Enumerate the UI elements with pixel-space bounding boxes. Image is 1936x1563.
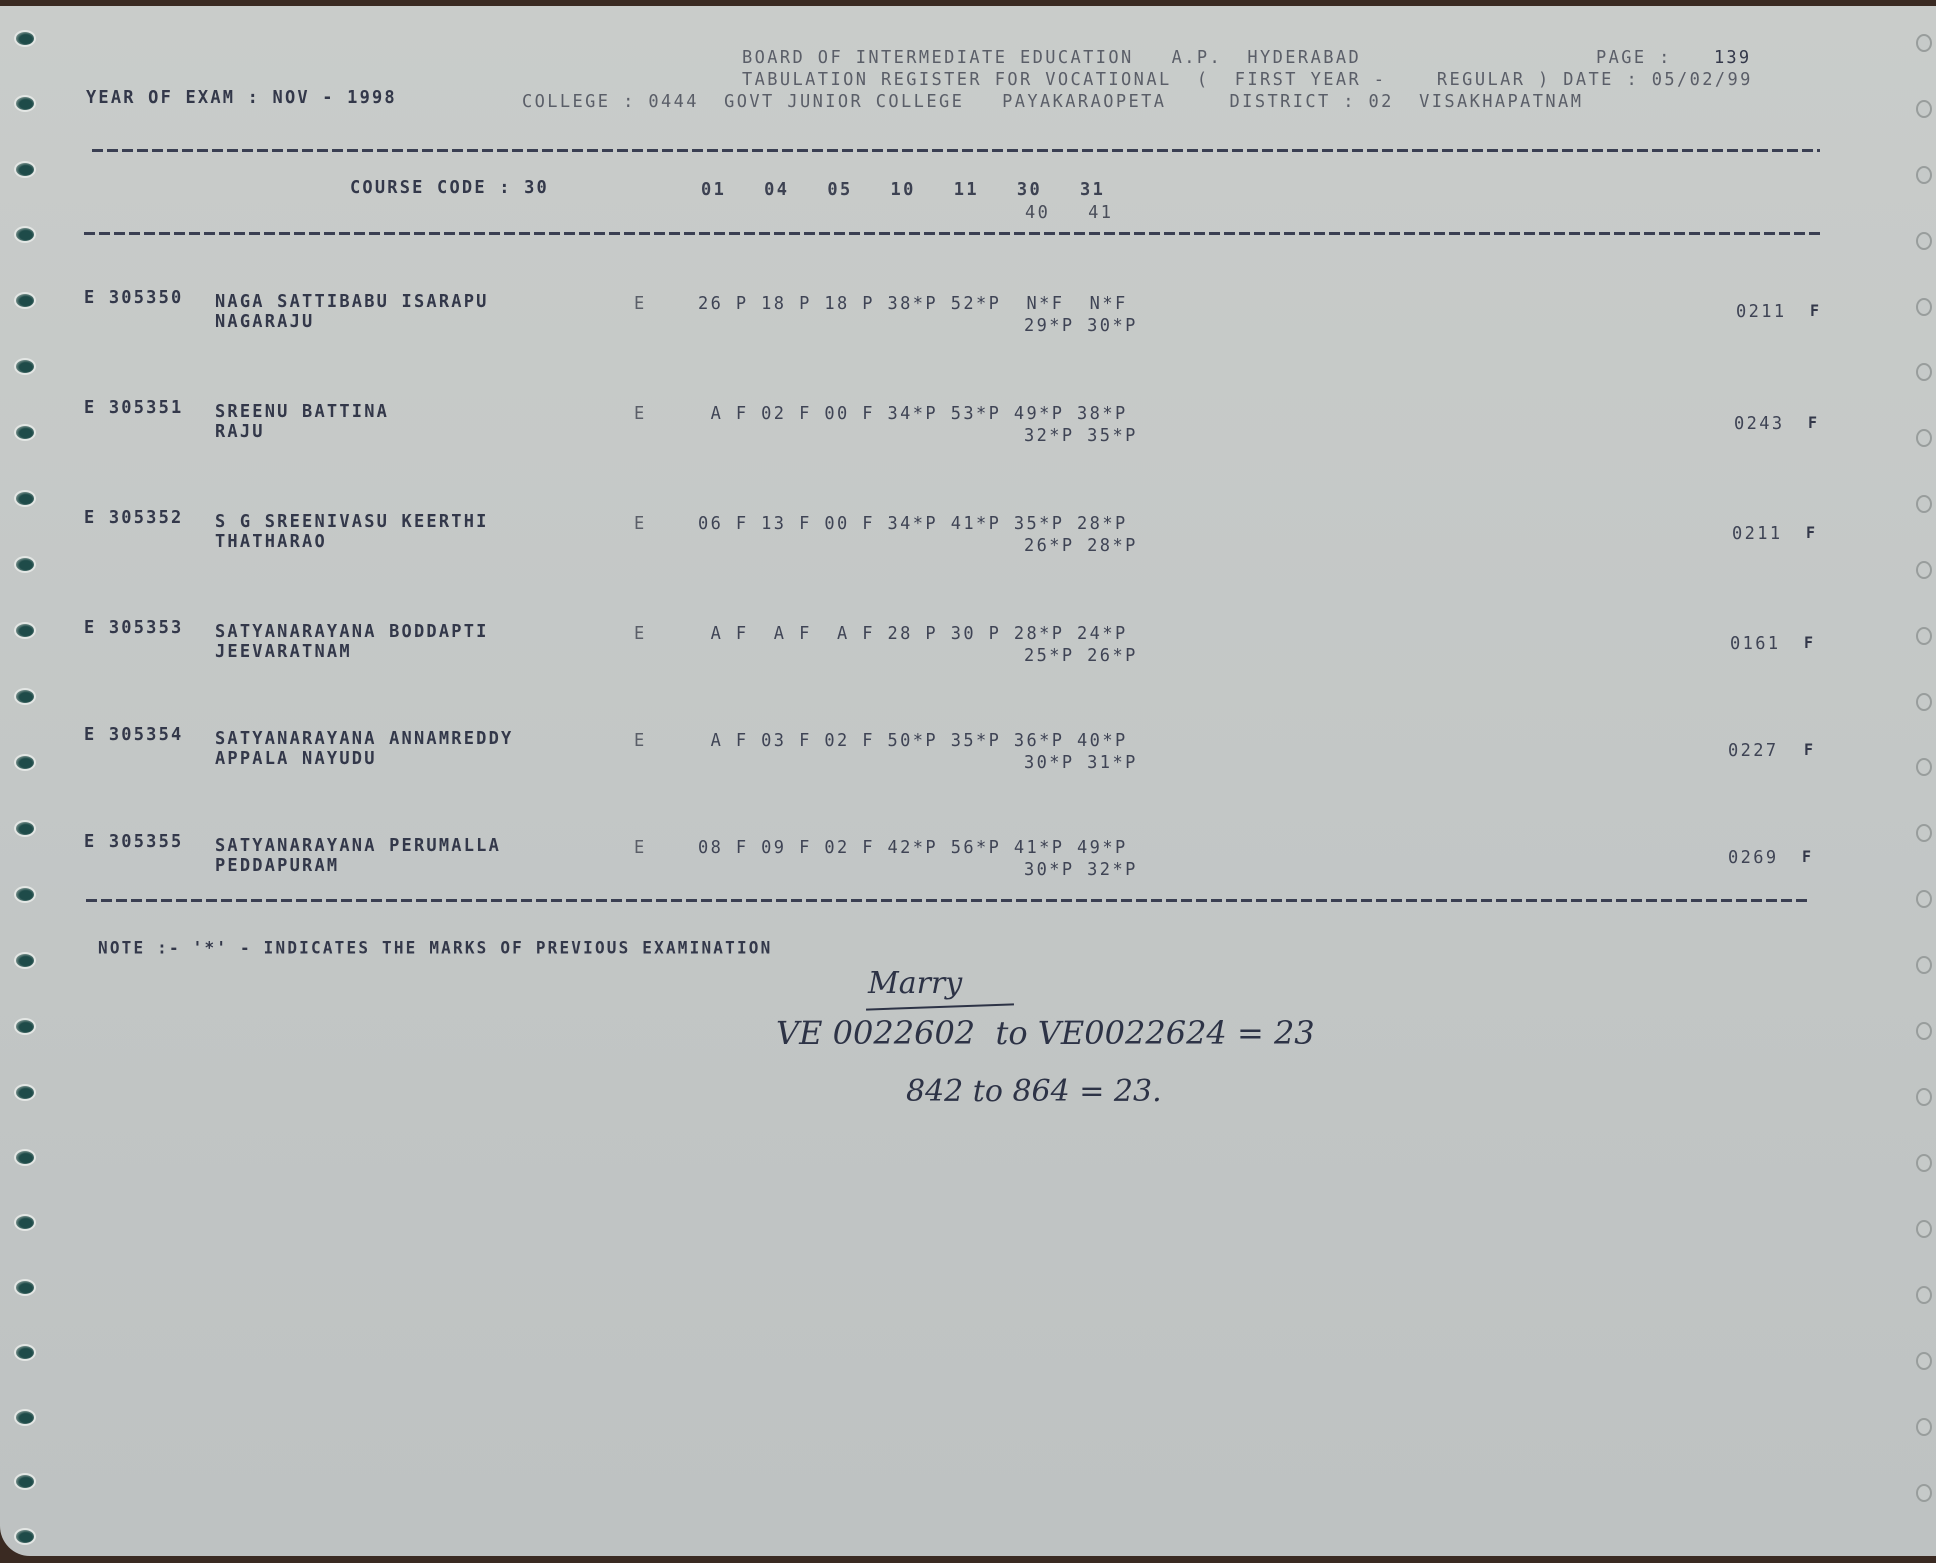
hall-ticket-number: E 305353 bbox=[84, 618, 183, 639]
hall-ticket-number: E 305352 bbox=[84, 508, 183, 529]
student-name: NAGA SATTIBABU ISARAPU bbox=[215, 292, 489, 313]
marks-row2: 26*P 28*P bbox=[1024, 536, 1138, 557]
sprocket-hole-icon bbox=[14, 1279, 36, 1296]
year-of-exam: YEAR OF EXAM : NOV - 1998 bbox=[86, 88, 397, 109]
sprocket-hole-icon bbox=[14, 1084, 36, 1101]
sprocket-hole-icon bbox=[14, 358, 36, 375]
medium: E bbox=[634, 624, 647, 645]
parent-name: JEEVARATNAM bbox=[215, 642, 352, 663]
marks-row2: 29*P 30*P bbox=[1024, 316, 1138, 337]
sprocket-hole-icon bbox=[14, 1149, 36, 1166]
sprocket-hole-icon bbox=[1916, 166, 1932, 184]
tabulation-register-sheet: BOARD OF INTERMEDIATE EDUCATION A.P. HYD… bbox=[0, 6, 1936, 1556]
total-marks: 0211 bbox=[1732, 524, 1783, 545]
parent-name: NAGARAJU bbox=[215, 312, 314, 333]
total-marks: 0269 bbox=[1728, 848, 1779, 869]
student-record: E 305351 SREENU BATTINA RAJU E A F 02 F … bbox=[0, 398, 1936, 458]
hall-ticket-number: E 305351 bbox=[84, 398, 183, 419]
total-marks: 0211 bbox=[1736, 302, 1787, 323]
sprocket-hole-icon bbox=[14, 226, 36, 243]
medium: E bbox=[634, 838, 647, 859]
sprocket-hole-icon bbox=[14, 1018, 36, 1035]
separator-line bbox=[84, 232, 1820, 235]
sprocket-hole-icon bbox=[14, 30, 36, 47]
student-record: E 305350 NAGA SATTIBABU ISARAPU NAGARAJU… bbox=[0, 288, 1936, 348]
student-name: SATYANARAYANA ANNAMREDDY bbox=[215, 729, 513, 750]
marks-row2: 30*P 31*P bbox=[1024, 753, 1138, 774]
footnote: NOTE :- '*' - INDICATES THE MARKS OF PRE… bbox=[98, 938, 772, 958]
result-status: F bbox=[1804, 741, 1815, 760]
separator-line bbox=[86, 899, 1811, 902]
parent-name: RAJU bbox=[215, 422, 265, 443]
sprocket-hole-icon bbox=[14, 1473, 36, 1490]
sprocket-hole-icon bbox=[14, 1409, 36, 1426]
sprocket-hole-icon bbox=[1916, 956, 1932, 974]
course-code-label: COURSE CODE : 30 bbox=[350, 178, 549, 199]
page-label: PAGE : bbox=[1596, 48, 1672, 69]
sprocket-hole-icon bbox=[1916, 363, 1932, 381]
separator-line bbox=[92, 149, 1820, 152]
college-info: COLLEGE : 0444 GOVT JUNIOR COLLEGE PAYAK… bbox=[522, 92, 1583, 113]
subject-codes-row1: 01 04 05 10 11 30 31 bbox=[701, 180, 1105, 201]
signature-underline bbox=[866, 1003, 1014, 1010]
sprocket-hole-icon bbox=[1916, 1088, 1932, 1106]
hall-ticket-number: E 305354 bbox=[84, 725, 183, 746]
marks-row1: A F 03 F 02 F 50*P 35*P 36*P 40*P bbox=[698, 731, 1128, 752]
result-status: F bbox=[1810, 302, 1821, 321]
handwritten-count-range: 842 to 864 = 23. bbox=[906, 1074, 1162, 1109]
result-status: F bbox=[1804, 634, 1815, 653]
student-name: SATYANARAYANA PERUMALLA bbox=[215, 836, 501, 857]
sprocket-hole-icon bbox=[14, 95, 36, 112]
medium: E bbox=[634, 404, 647, 425]
marks-row1: A F 02 F 00 F 34*P 53*P 49*P 38*P bbox=[698, 404, 1128, 425]
board-title: BOARD OF INTERMEDIATE EDUCATION A.P. HYD… bbox=[742, 48, 1361, 69]
sprocket-hole-icon bbox=[1916, 100, 1932, 118]
medium: E bbox=[634, 731, 647, 752]
sprocket-hole-icon bbox=[14, 490, 36, 507]
handwritten-signature: Marry bbox=[868, 966, 962, 1001]
sprocket-hole-icon bbox=[1916, 232, 1932, 250]
student-name: SATYANARAYANA BODDAPTI bbox=[215, 622, 489, 643]
sprocket-hole-icon bbox=[14, 1214, 36, 1231]
student-name: S G SREENIVASU KEERTHI bbox=[215, 512, 489, 533]
sprocket-hole-icon bbox=[1916, 1286, 1932, 1304]
register-title: TABULATION REGISTER FOR VOCATIONAL ( FIR… bbox=[742, 70, 1753, 91]
total-marks: 0161 bbox=[1730, 634, 1781, 655]
sprocket-hole-icon bbox=[1916, 890, 1932, 908]
hall-ticket-number: E 305355 bbox=[84, 832, 183, 853]
hall-ticket-number: E 305350 bbox=[84, 288, 183, 309]
student-record: E 305355 SATYANARAYANA PERUMALLA PEDDAPU… bbox=[0, 832, 1936, 892]
sprocket-hole-icon bbox=[1916, 1154, 1932, 1172]
student-name: SREENU BATTINA bbox=[215, 402, 389, 423]
marks-row1: A F A F A F 28 P 30 P 28*P 24*P bbox=[698, 624, 1128, 645]
sprocket-hole-icon bbox=[14, 1344, 36, 1361]
sprocket-hole-icon bbox=[14, 952, 36, 969]
student-record: E 305354 SATYANARAYANA ANNAMREDDY APPALA… bbox=[0, 725, 1936, 785]
medium: E bbox=[634, 514, 647, 535]
parent-name: PEDDAPURAM bbox=[215, 856, 339, 877]
sprocket-hole-icon bbox=[1916, 1352, 1932, 1370]
total-marks: 0227 bbox=[1728, 741, 1779, 762]
sprocket-hole-icon bbox=[14, 688, 36, 705]
marks-row2: 32*P 35*P bbox=[1024, 426, 1138, 447]
result-status: F bbox=[1806, 524, 1817, 543]
student-record: E 305353 SATYANARAYANA BODDAPTI JEEVARAT… bbox=[0, 618, 1936, 678]
result-status: F bbox=[1802, 848, 1813, 867]
result-status: F bbox=[1808, 414, 1819, 433]
marks-row1: 08 F 09 F 02 F 42*P 56*P 41*P 49*P bbox=[698, 838, 1128, 859]
student-record: E 305352 S G SREENIVASU KEERTHI THATHARA… bbox=[0, 508, 1936, 568]
sprocket-hole-icon bbox=[14, 161, 36, 178]
parent-name: APPALA NAYUDU bbox=[215, 749, 377, 770]
medium: E bbox=[634, 294, 647, 315]
marks-row2: 30*P 32*P bbox=[1024, 860, 1138, 881]
subject-codes-row2: 40 41 bbox=[1025, 203, 1113, 224]
marks-row1: 06 F 13 F 00 F 34*P 41*P 35*P 28*P bbox=[698, 514, 1128, 535]
sprocket-hole-icon bbox=[1916, 34, 1932, 52]
page-number: 139 bbox=[1714, 48, 1751, 69]
sprocket-hole-icon bbox=[1916, 1418, 1932, 1436]
handwritten-serial-range: VE 0022602 to VE0022624 = 23 bbox=[776, 1014, 1315, 1052]
sprocket-hole-icon bbox=[1916, 1022, 1932, 1040]
parent-name: THATHARAO bbox=[215, 532, 327, 553]
total-marks: 0243 bbox=[1734, 414, 1785, 435]
sprocket-hole-icon bbox=[1916, 1220, 1932, 1238]
sprocket-hole-icon bbox=[1916, 693, 1932, 711]
sprocket-hole-icon bbox=[14, 1528, 36, 1545]
marks-row2: 25*P 26*P bbox=[1024, 646, 1138, 667]
marks-row1: 26 P 18 P 18 P 38*P 52*P N*F N*F bbox=[698, 294, 1128, 315]
sprocket-hole-icon bbox=[1916, 1484, 1932, 1502]
